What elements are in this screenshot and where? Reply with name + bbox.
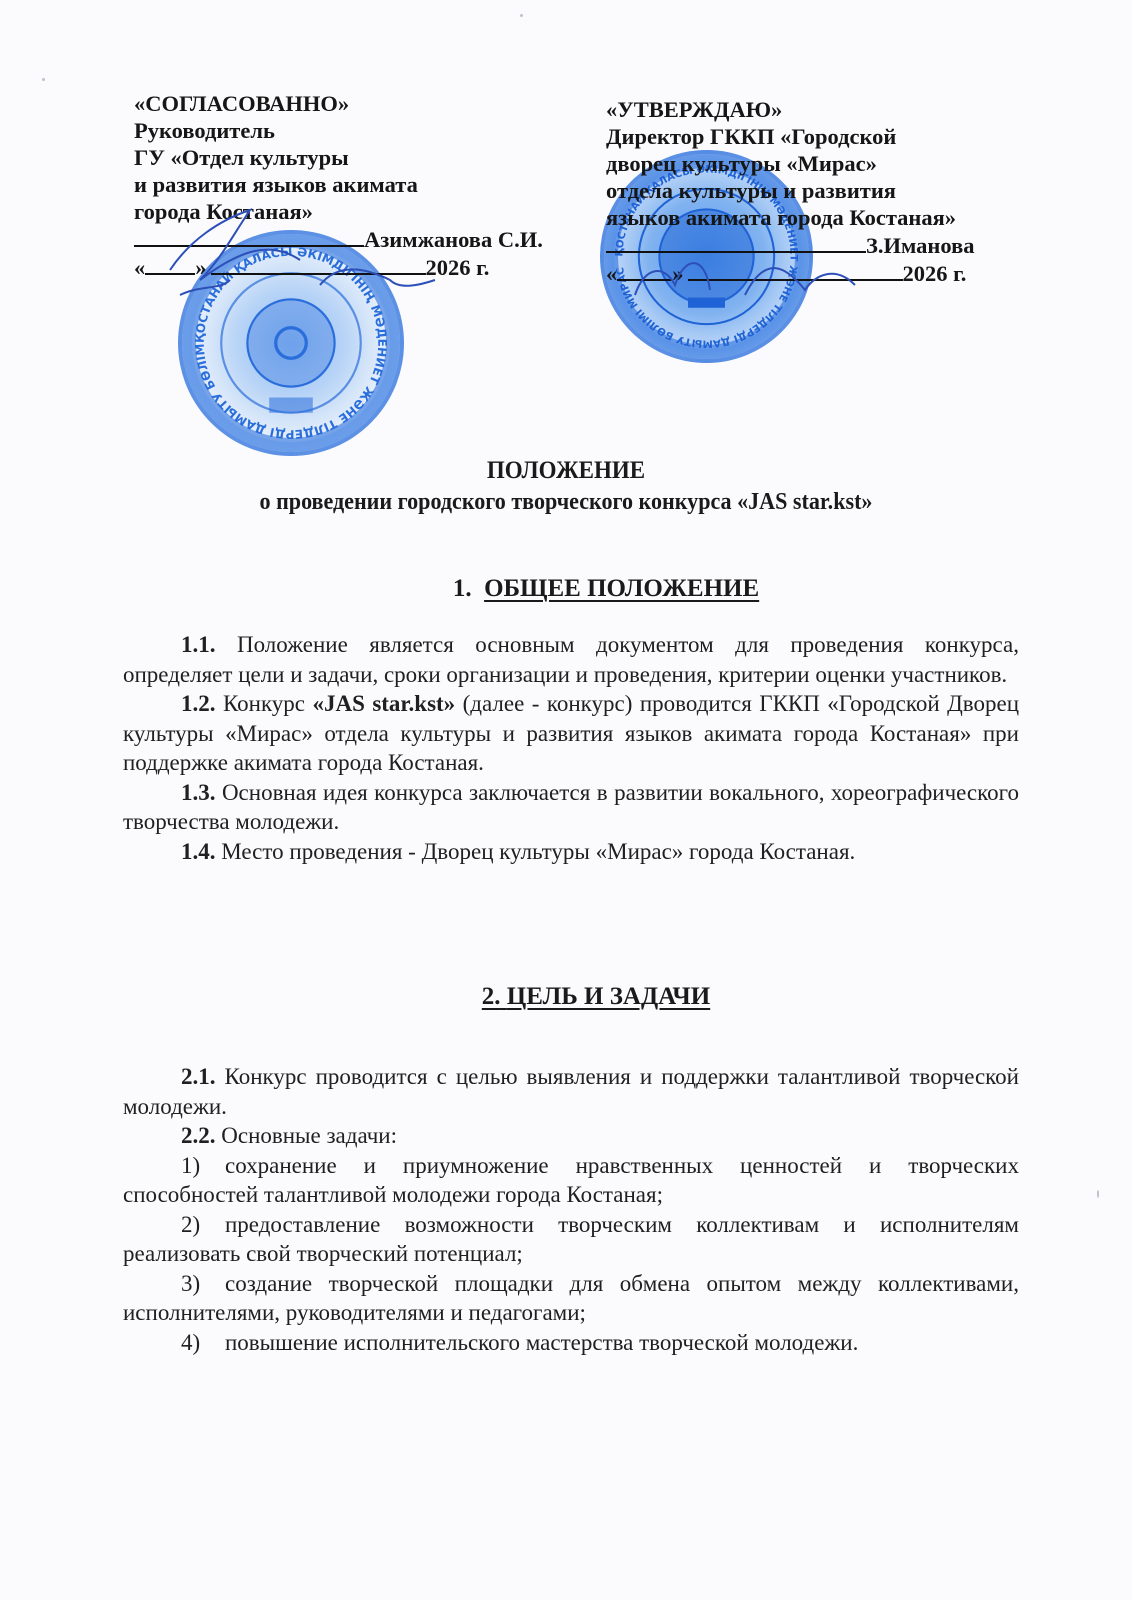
date-year: 2026 г. <box>903 261 967 286</box>
scan-speck <box>520 14 523 17</box>
section-number: 1. <box>453 575 472 602</box>
document-title: ПОЛОЖЕНИЕ <box>45 457 1086 485</box>
handwritten-signature-right <box>615 235 875 315</box>
section-heading-general: 1. ОБЩЕЕ ПОЛОЖЕНИЕ <box>40 575 1132 603</box>
paragraph: 1.1. Положение является основным докумен… <box>123 630 1019 689</box>
section-body-general: 1.1. Положение является основным докумен… <box>123 630 1019 866</box>
approval-line: Руководитель <box>134 117 543 144</box>
paragraph: 2.1. Конкурс проводится с целью выявлени… <box>123 1062 1019 1121</box>
paragraph: 1.4. Место проведения - Дворец культуры … <box>123 837 1019 867</box>
list-item: 3)создание творческой площадки для обмен… <box>123 1269 1019 1328</box>
approval-line: и развития языков акимата <box>134 171 543 198</box>
signatory-name: З.Иманова <box>866 233 974 258</box>
section-title: ОБЩЕЕ ПОЛОЖЕНИЕ <box>484 575 759 602</box>
document-page: ҚОСТАНАЙ ҚАЛАСЫ ӘКІМДІГІНІҢ МӘДЕНИЕТ ЖӘН… <box>0 0 1132 1600</box>
list-item: 2)предоставление возможности творческим … <box>123 1210 1019 1269</box>
approval-line: ГУ «Отдел культуры <box>134 144 543 171</box>
date-quote-open: « <box>134 255 145 280</box>
handwritten-signature-left <box>160 200 440 310</box>
paragraph: 1.3. Основная идея конкурса заключается … <box>123 778 1019 837</box>
section-heading-goals: 2. ЦЕЛЬ И ЗАДАЧИ <box>30 983 1132 1011</box>
approval-heading: «СОГЛАСОВАННО» <box>134 90 543 117</box>
approval-line: языков акимата города Костаная» <box>606 204 974 231</box>
approval-line: отдела культуры и развития <box>606 177 974 204</box>
approval-line: Директор ГККП «Городской <box>606 123 974 150</box>
list-item: 4)повышение исполнительского мастерства … <box>123 1328 1019 1358</box>
list-item: 1)сохранение и приумножение нравственных… <box>123 1151 1019 1210</box>
scan-speck <box>42 78 45 81</box>
approval-heading: «УТВЕРЖДАЮ» <box>606 96 974 123</box>
paragraph: 2.2. Основные задачи: <box>123 1121 1019 1151</box>
section-title: 2. ЦЕЛЬ И ЗАДАЧИ <box>482 983 710 1010</box>
section-body-goals: 2.1. Конкурс проводится с целью выявлени… <box>123 1062 1019 1357</box>
paragraph: 1.2. Конкурс «JAS star.kst» (далее - кон… <box>123 689 1019 778</box>
scan-speck <box>1097 1190 1099 1198</box>
document-subtitle: о проведении городского творческого конк… <box>45 489 1086 516</box>
approval-line: дворец культуры «Мирас» <box>606 150 974 177</box>
